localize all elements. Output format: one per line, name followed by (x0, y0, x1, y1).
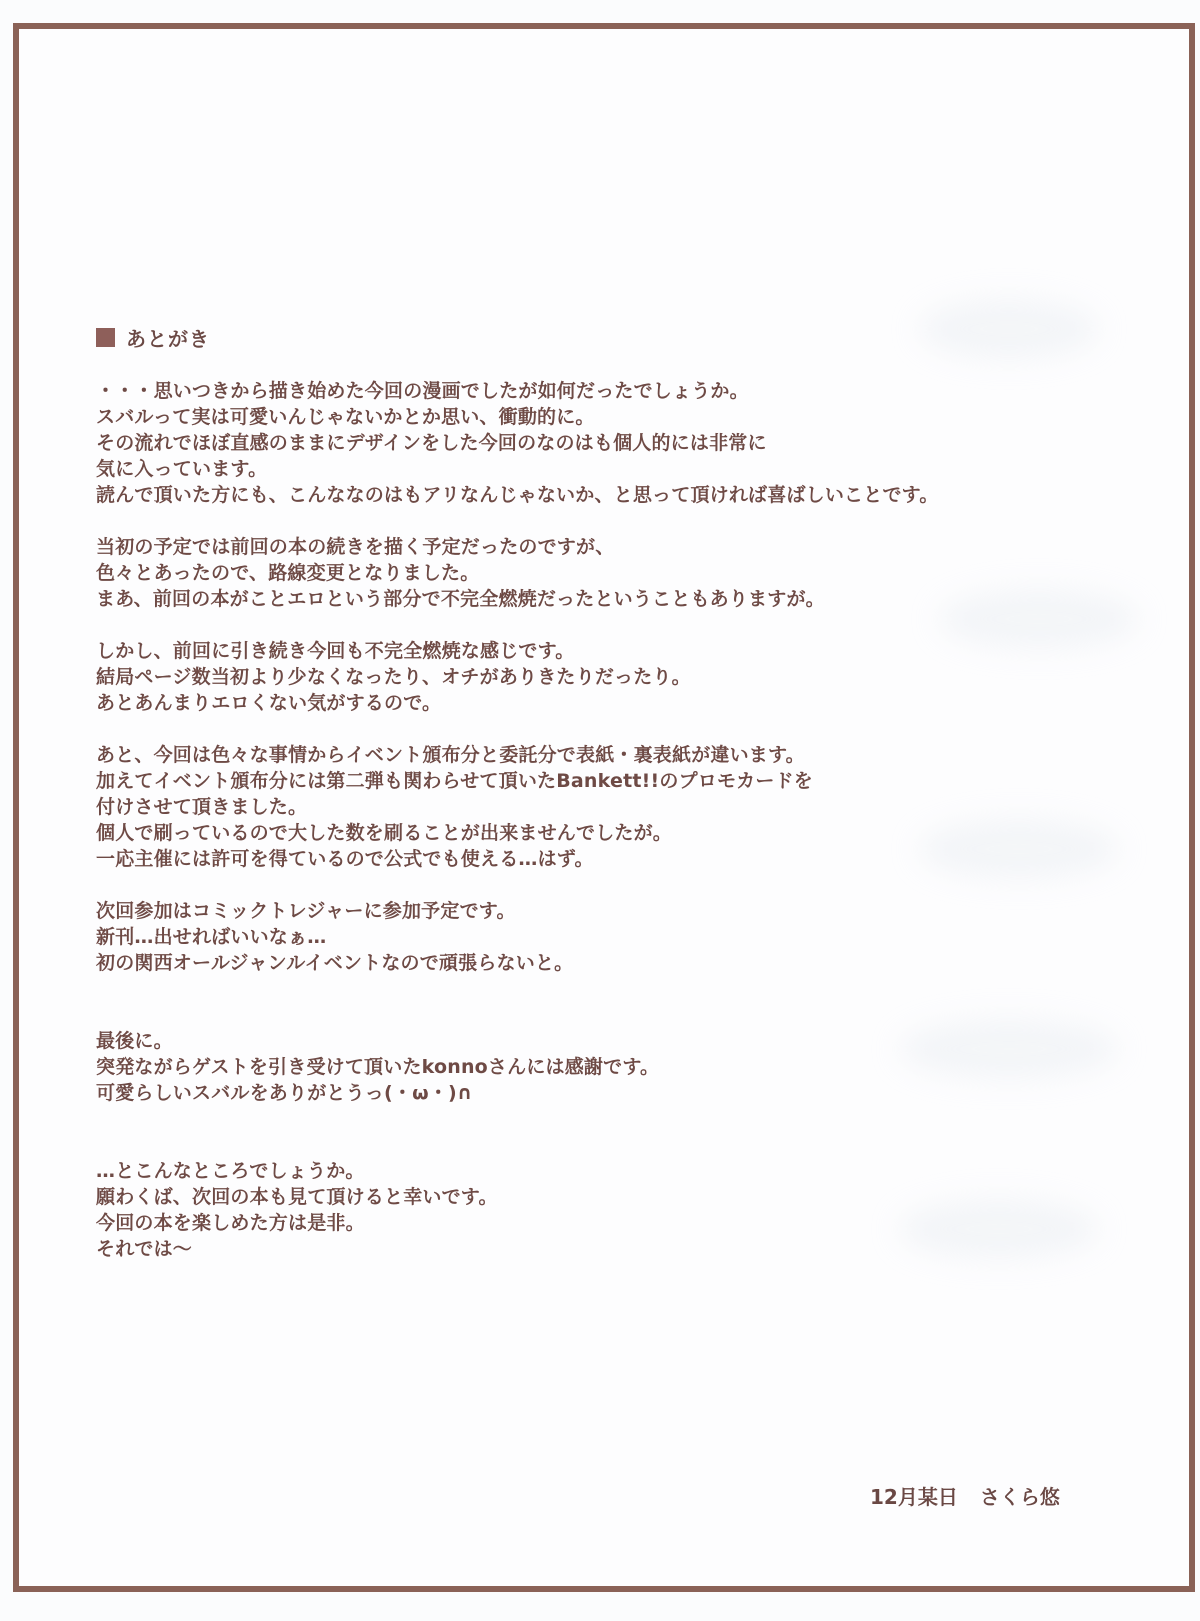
text-line: その流れでほぼ直感のままにデザインをした今回のなのはも個人的には非常に (96, 430, 1096, 456)
signature: 12月某日さくら悠 (870, 1481, 1060, 1510)
text-line: 願わくば、次回の本も見て頂けると幸いです。 (96, 1184, 1096, 1210)
text-line: 突発ながらゲストを引き受けて頂いたkonnoさんには感謝です。 (96, 1054, 1096, 1080)
text-line: 可愛らしいスバルをありがとうっ(・ω・)∩ (96, 1080, 1096, 1106)
paper-texture (919, 299, 1099, 359)
text-line: …とこんなところでしょうか。 (96, 1158, 1096, 1184)
text-line: 付けさせて頂きました。 (96, 794, 1096, 820)
text-line: ・・・思いつきから描き始めた今回の漫画でしたが如何だったでしょうか。 (96, 378, 1096, 404)
text-line: まあ、前回の本がことエロという部分で不完全燃焼だったということもありますが。 (96, 586, 1096, 612)
paragraph-spacer (96, 1002, 1096, 1028)
paragraph-spacer (96, 976, 1096, 1002)
paragraph-spacer (96, 716, 1096, 742)
paragraph-spacer (96, 612, 1096, 638)
text-line: 気に入っています。 (96, 456, 1096, 482)
text-line: 当初の予定では前回の本の続きを描く予定だったのですが、 (96, 534, 1096, 560)
text-line: 新刊…出せればいいなぁ… (96, 924, 1096, 950)
text-line: 結局ページ数当初より少なくなったり、オチがありきたりだったり。 (96, 664, 1096, 690)
square-bullet-icon (96, 328, 115, 347)
signature-author: さくら悠 (980, 1485, 1060, 1509)
text-line: あとあんまりエロくない気がするので。 (96, 690, 1096, 716)
text-line: 読んで頂いた方にも、こんななのはもアリなんじゃないか、と思って頂ければ喜ばしいこ… (96, 482, 1096, 508)
heading-title: あとがき (126, 323, 210, 352)
paragraph-spacer (96, 872, 1096, 898)
text-line: 一応主催には許可を得ているので公式でも使える…はず。 (96, 846, 1096, 872)
text-line: それでは～ (96, 1236, 1096, 1262)
text-line: 初の関西オールジャンルイベントなので頑張らないと。 (96, 950, 1096, 976)
text-line: 色々とあったので、路線変更となりました。 (96, 560, 1096, 586)
signature-date: 12月某日 (870, 1485, 958, 1509)
text-line: スバルって実は可愛いんじゃないかとか思い、衝動的に。 (96, 404, 1096, 430)
text-line: 次回参加はコミックトレジャーに参加予定です。 (96, 898, 1096, 924)
text-line: 加えてイベント頒布分には第二弾も関わらせて頂いたBankett!!のプロモカード… (96, 768, 1096, 794)
text-line: 最後に。 (96, 1028, 1096, 1054)
paragraph-spacer (96, 1106, 1096, 1132)
paragraph-spacer (96, 508, 1096, 534)
text-line: 個人で刷っているので大した数を刷ることが出来ませんでしたが。 (96, 820, 1096, 846)
paragraph-spacer (96, 1132, 1096, 1158)
text-line: しかし、前回に引き続き今回も不完全燃焼な感じです。 (96, 638, 1096, 664)
afterword-heading: あとがき (96, 324, 210, 350)
text-line: 今回の本を楽しめた方は是非。 (96, 1210, 1096, 1236)
text-line: あと、今回は色々な事情からイベント頒布分と委託分で表紙・裏表紙が違います。 (96, 742, 1096, 768)
afterword-body: ・・・思いつきから描き始めた今回の漫画でしたが如何だったでしょうか。 スバルって… (96, 378, 1096, 1262)
